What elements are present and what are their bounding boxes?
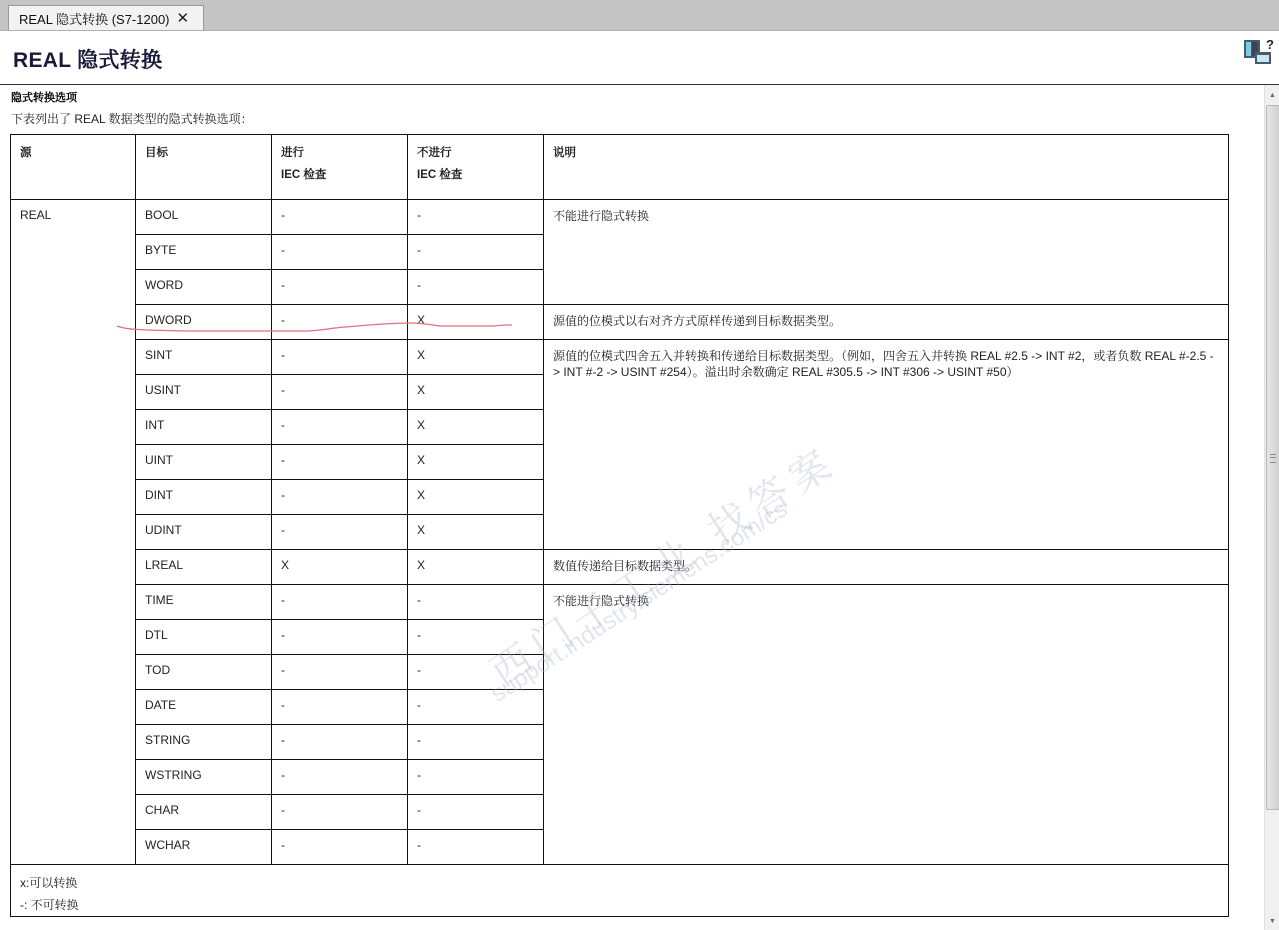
description-cell: 源值的位模式以右对齐方式原样传递到目标数据类型。 bbox=[544, 305, 1229, 340]
legend-item: -: 不可转换 bbox=[20, 894, 1219, 916]
with-iec-check-cell: - bbox=[272, 655, 408, 690]
table-row: DWORD-X源值的位模式以右对齐方式原样传递到目标数据类型。 bbox=[11, 305, 1229, 340]
with-iec-check-cell: X bbox=[272, 550, 408, 585]
header-target: 目标 bbox=[136, 135, 272, 200]
target-type-cell: LREAL bbox=[136, 550, 272, 585]
without-iec-check-cell: X bbox=[408, 445, 544, 480]
with-iec-check-cell: - bbox=[272, 515, 408, 550]
without-iec-check-cell: - bbox=[408, 690, 544, 725]
without-iec-check-cell: - bbox=[408, 725, 544, 760]
target-type-cell: DTL bbox=[136, 620, 272, 655]
without-iec-check-cell: X bbox=[408, 515, 544, 550]
target-type-cell: DATE bbox=[136, 690, 272, 725]
target-type-cell: WORD bbox=[136, 270, 272, 305]
without-iec-check-cell: X bbox=[408, 305, 544, 340]
with-iec-check-cell: - bbox=[272, 340, 408, 375]
legend-item: x:可以转换 bbox=[20, 872, 1219, 894]
target-type-cell: INT bbox=[136, 410, 272, 445]
with-iec-check-cell: - bbox=[272, 235, 408, 270]
description-cell: 不能进行隐式转换 bbox=[544, 200, 1229, 305]
table-row: LREALXX数值传递给目标数据类型。 bbox=[11, 550, 1229, 585]
target-type-cell: USINT bbox=[136, 375, 272, 410]
without-iec-check-cell: X bbox=[408, 410, 544, 445]
target-type-cell: BOOL bbox=[136, 200, 272, 235]
without-iec-check-cell: - bbox=[408, 620, 544, 655]
close-icon[interactable]: ✕ bbox=[177, 9, 190, 27]
intro-text: 下表列出了 REAL 数据类型的隐式转换选项： bbox=[11, 110, 253, 127]
scrollbar-thumb[interactable] bbox=[1266, 105, 1279, 810]
target-type-cell: DWORD bbox=[136, 305, 272, 340]
with-iec-check-cell: - bbox=[272, 620, 408, 655]
header-source: 源 bbox=[11, 135, 136, 200]
with-iec-check-cell: - bbox=[272, 585, 408, 620]
page-title: REAL 隐式转换 bbox=[13, 44, 162, 74]
title-area: REAL 隐式转换 ? bbox=[0, 31, 1279, 85]
vertical-scrollbar[interactable]: ▲ ▼ bbox=[1264, 85, 1279, 930]
scroll-down-arrow-icon[interactable]: ▼ bbox=[1265, 914, 1279, 930]
without-iec-check-cell: X bbox=[408, 340, 544, 375]
table-row: TIME--不能进行隐式转换 bbox=[11, 585, 1229, 620]
without-iec-check-cell: - bbox=[408, 235, 544, 270]
with-iec-check-cell: - bbox=[272, 410, 408, 445]
without-iec-check-cell: X bbox=[408, 550, 544, 585]
without-iec-check-cell: X bbox=[408, 480, 544, 515]
legend-cell: x:可以转换-: 不可转换 bbox=[11, 865, 1229, 917]
target-type-cell: WSTRING bbox=[136, 760, 272, 795]
with-iec-check-cell: - bbox=[272, 270, 408, 305]
header-with-iec-check: 进行IEC 检查 bbox=[272, 135, 408, 200]
target-type-cell: TOD bbox=[136, 655, 272, 690]
with-iec-check-cell: - bbox=[272, 375, 408, 410]
target-type-cell: DINT bbox=[136, 480, 272, 515]
with-iec-check-cell: - bbox=[272, 725, 408, 760]
with-iec-check-cell: - bbox=[272, 445, 408, 480]
without-iec-check-cell: - bbox=[408, 655, 544, 690]
target-type-cell: UINT bbox=[136, 445, 272, 480]
without-iec-check-cell: - bbox=[408, 830, 544, 865]
table-header-row: 源 目标 进行IEC 检查 不进行IEC 检查 说明 bbox=[11, 135, 1229, 200]
target-type-cell: CHAR bbox=[136, 795, 272, 830]
section-title: 隐式转换选项 bbox=[11, 89, 77, 105]
legend-row: x:可以转换-: 不可转换 bbox=[11, 865, 1229, 917]
scroll-up-arrow-icon[interactable]: ▲ bbox=[1265, 88, 1279, 104]
help-window-icon[interactable]: ? bbox=[1242, 37, 1274, 69]
without-iec-check-cell: - bbox=[408, 795, 544, 830]
target-type-cell: STRING bbox=[136, 725, 272, 760]
svg-text:?: ? bbox=[1266, 37, 1274, 52]
without-iec-check-cell: - bbox=[408, 270, 544, 305]
description-cell: 源值的位模式四舍五入并转换和传递给目标数据类型。（例如，四舍五入并转换 REAL… bbox=[544, 340, 1229, 550]
help-content: 隐式转换选项 下表列出了 REAL 数据类型的隐式转换选项： 源 目标 进行IE… bbox=[0, 85, 1264, 930]
with-iec-check-cell: - bbox=[272, 480, 408, 515]
description-cell: 不能进行隐式转换 bbox=[544, 585, 1229, 865]
conversion-table: 源 目标 进行IEC 检查 不进行IEC 检查 说明 REALBOOL--不能进… bbox=[10, 134, 1229, 917]
tab-real-implicit-conversion[interactable]: REAL 隐式转换 (S7-1200) ✕ bbox=[8, 5, 204, 30]
target-type-cell: UDINT bbox=[136, 515, 272, 550]
with-iec-check-cell: - bbox=[272, 795, 408, 830]
with-iec-check-cell: - bbox=[272, 760, 408, 795]
table-row: SINT-X源值的位模式四舍五入并转换和传递给目标数据类型。（例如，四舍五入并转… bbox=[11, 340, 1229, 375]
without-iec-check-cell: - bbox=[408, 200, 544, 235]
with-iec-check-cell: - bbox=[272, 305, 408, 340]
target-type-cell: WCHAR bbox=[136, 830, 272, 865]
header-description: 说明 bbox=[544, 135, 1229, 200]
with-iec-check-cell: - bbox=[272, 200, 408, 235]
without-iec-check-cell: - bbox=[408, 585, 544, 620]
tab-label: REAL 隐式转换 (S7-1200) bbox=[19, 9, 170, 28]
target-type-cell: SINT bbox=[136, 340, 272, 375]
with-iec-check-cell: - bbox=[272, 690, 408, 725]
header-without-iec-check: 不进行IEC 检查 bbox=[408, 135, 544, 200]
tab-bar: REAL 隐式转换 (S7-1200) ✕ bbox=[0, 0, 1279, 31]
with-iec-check-cell: - bbox=[272, 830, 408, 865]
target-type-cell: TIME bbox=[136, 585, 272, 620]
target-type-cell: BYTE bbox=[136, 235, 272, 270]
source-type-cell: REAL bbox=[11, 200, 136, 865]
without-iec-check-cell: - bbox=[408, 760, 544, 795]
without-iec-check-cell: X bbox=[408, 375, 544, 410]
grip-icon bbox=[1270, 454, 1276, 463]
table-row: REALBOOL--不能进行隐式转换 bbox=[11, 200, 1229, 235]
description-cell: 数值传递给目标数据类型。 bbox=[544, 550, 1229, 585]
